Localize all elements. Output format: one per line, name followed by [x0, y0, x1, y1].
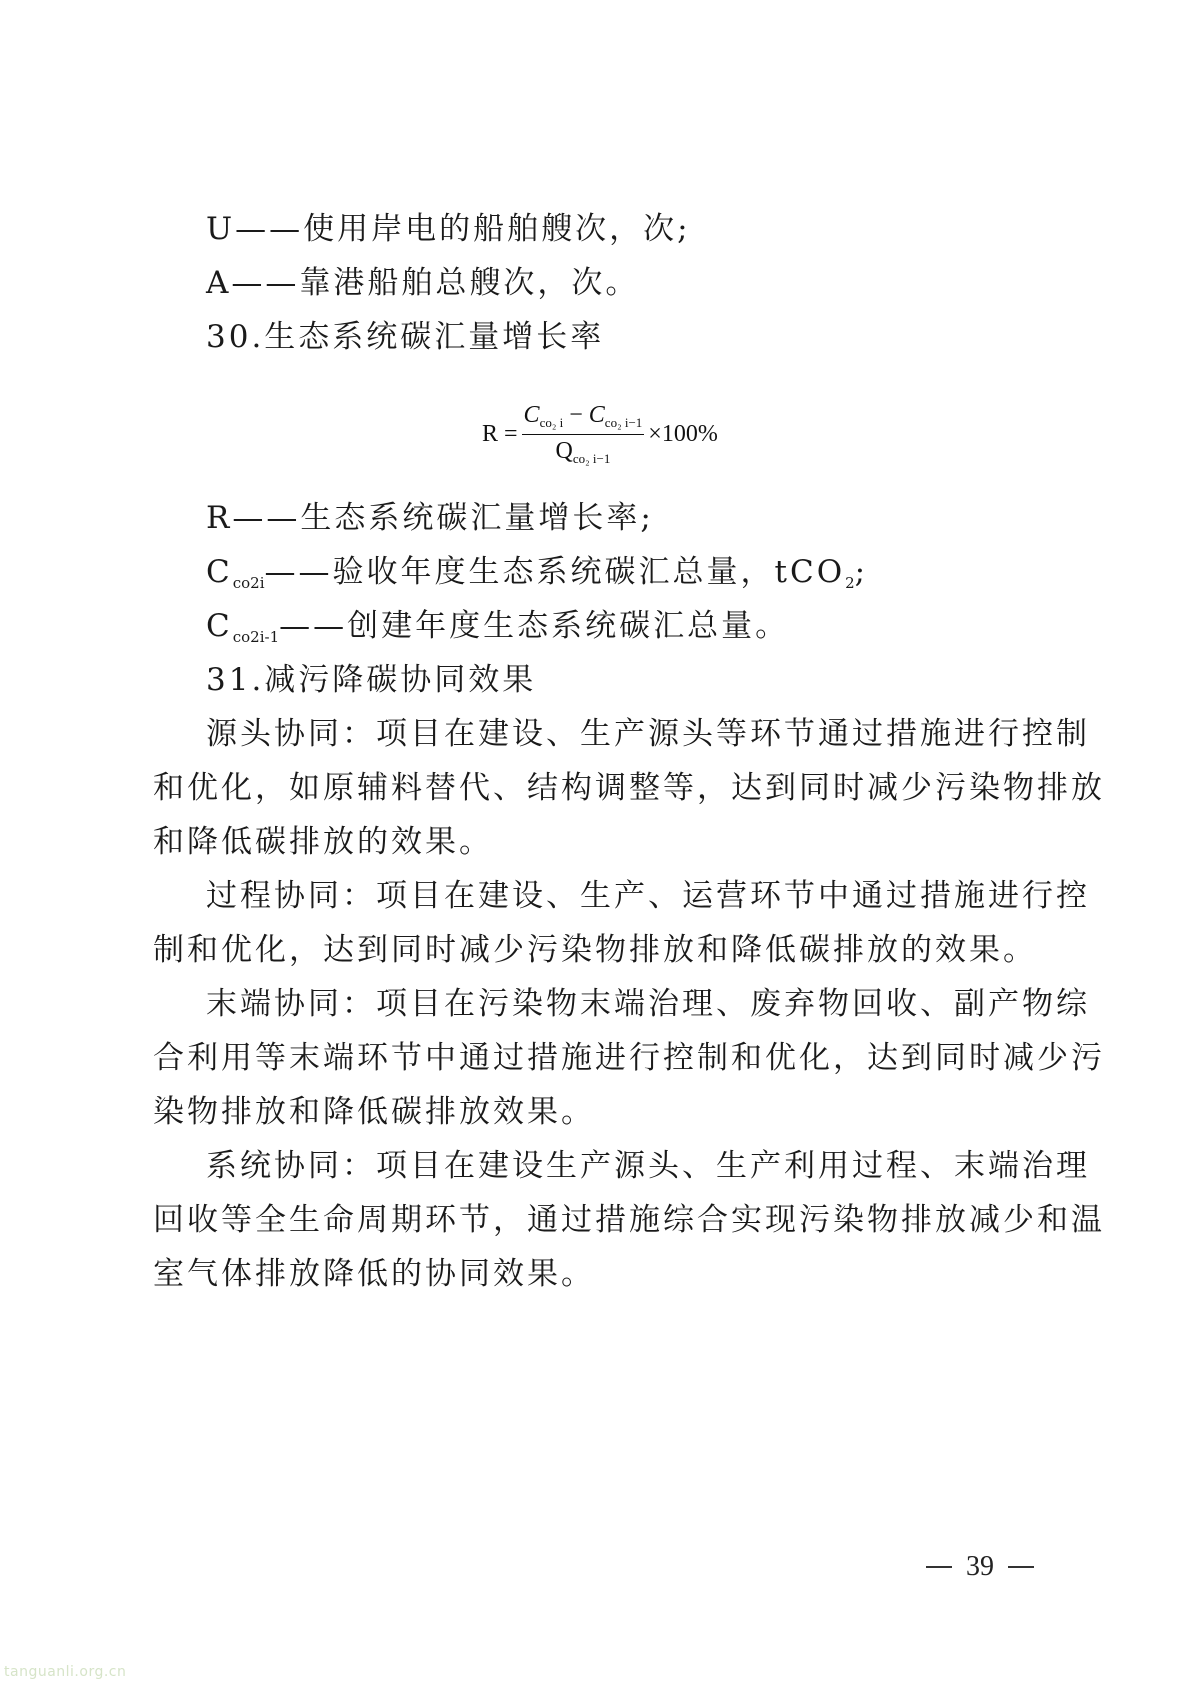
- definition-text: ——使用岸电的船舶艘次，次;: [235, 211, 690, 247]
- definition-r: R——生态系统碳汇量增长率;: [206, 503, 654, 534]
- formula-numerator: Cco₂ i − Cco₂ i−1: [522, 402, 645, 435]
- dash-right: [1008, 1566, 1034, 1568]
- definition-u: U——使用岸电的船舶艘次，次;: [206, 214, 691, 245]
- paragraph-end-line-3: 染物排放和降低碳排放效果。: [153, 1097, 595, 1128]
- formula-lhs: R =: [482, 421, 518, 448]
- section-31-heading: 31.减污降碳协同效果: [206, 665, 536, 696]
- paragraph-source-line-1: 源头协同：项目在建设、生产源头等环节通过措施进行控制: [206, 719, 1090, 750]
- formula-multiplier: ×100%: [648, 421, 718, 448]
- dash-left: [926, 1566, 952, 1568]
- page-number: 39: [926, 1551, 1034, 1583]
- paragraph-end-line-2: 合利用等末端环节中通过措施进行控制和优化，达到同时减少污: [153, 1043, 1105, 1074]
- formula-fraction: Cco₂ i − Cco₂ i−1 Qco₂ i−1: [522, 402, 645, 467]
- definition-a: A——靠港船舶总艘次，次。: [206, 268, 639, 299]
- paragraph-system-line-3: 室气体排放降低的协同效果。: [153, 1259, 595, 1290]
- paragraph-end-line-1: 末端协同：项目在污染物末端治理、废弃物回收、副产物综: [206, 989, 1090, 1020]
- paragraph-process-line-2: 制和优化，达到同时减少污染物排放和降低碳排放的效果。: [153, 935, 1037, 966]
- section-30-heading: 30.生态系统碳汇量增长率: [206, 322, 604, 353]
- definition-c-co2i-1: Cco2i-1——创建年度生态系统碳汇总量。: [206, 611, 789, 645]
- page-number-value: 39: [966, 1551, 994, 1583]
- definition-text: ——靠港船舶总艘次，次。: [231, 265, 639, 301]
- paragraph-source-line-2: 和优化，如原辅料替代、结构调整等，达到同时减少污染物排放: [153, 773, 1105, 804]
- watermark: tanguanli.org.cn: [4, 1664, 126, 1680]
- formula-denominator: Qco₂ i−1: [556, 435, 611, 467]
- paragraph-system-line-2: 回收等全生命周期环节，通过措施综合实现污染物排放减少和温: [153, 1205, 1105, 1236]
- paragraph-source-line-3: 和降低碳排放的效果。: [153, 827, 493, 858]
- growth-rate-formula: R = Cco₂ i − Cco₂ i−1 Qco₂ i−1 ×100%: [482, 402, 718, 467]
- paragraph-system-line-1: 系统协同：项目在建设生产源头、生产利用过程、末端治理: [206, 1151, 1090, 1182]
- definition-c-co2i: Cco2i——验收年度生态系统碳汇总量，tCO2;: [206, 557, 868, 591]
- symbol: U: [206, 211, 235, 247]
- symbol: A: [206, 265, 231, 301]
- paragraph-process-line-1: 过程协同：项目在建设、生产、运营环节中通过措施进行控: [206, 881, 1090, 912]
